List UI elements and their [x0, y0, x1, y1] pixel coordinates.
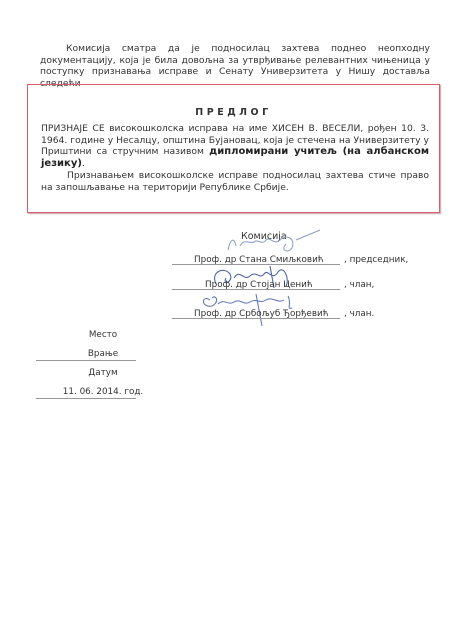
date-underline	[36, 398, 136, 399]
signature-1-icon	[200, 228, 330, 258]
proposal-paragraph-1: ПРИЗНАЈЕ СЕ високошколска исправа на име…	[41, 123, 429, 169]
member-3-name: Проф. др Србољуб Ђорђевић	[194, 309, 328, 319]
intro-text: Комисија сматра да је подносилац захтева…	[40, 43, 430, 89]
proposal-box: ПРЕДЛОГ ПРИЗНАЈЕ СЕ високошколска исправ…	[27, 84, 440, 213]
member-2-role: , члан,	[344, 280, 374, 290]
proposal-paragraph-2: Признавањем високошколске исправе поднос…	[41, 170, 429, 193]
proposal-text-suffix: .	[82, 158, 85, 169]
place-value: Врање	[43, 349, 163, 359]
proposal-title: ПРЕДЛОГ	[28, 107, 439, 118]
member-2-name: Проф. др Стојан Ценић	[205, 280, 313, 290]
member-3-role: , члан.	[344, 309, 374, 319]
member-1-role: , председник,	[344, 255, 408, 265]
intro-paragraph: Комисија сматра да је подносилац захтева…	[40, 43, 430, 89]
proposal-rights-text: Признавањем високошколске исправе поднос…	[41, 170, 429, 193]
place-label: Место	[43, 330, 163, 340]
date-label: Датум	[43, 368, 163, 378]
place-underline	[36, 360, 136, 361]
date-value: 11. 06. 2014. год.	[43, 387, 163, 397]
